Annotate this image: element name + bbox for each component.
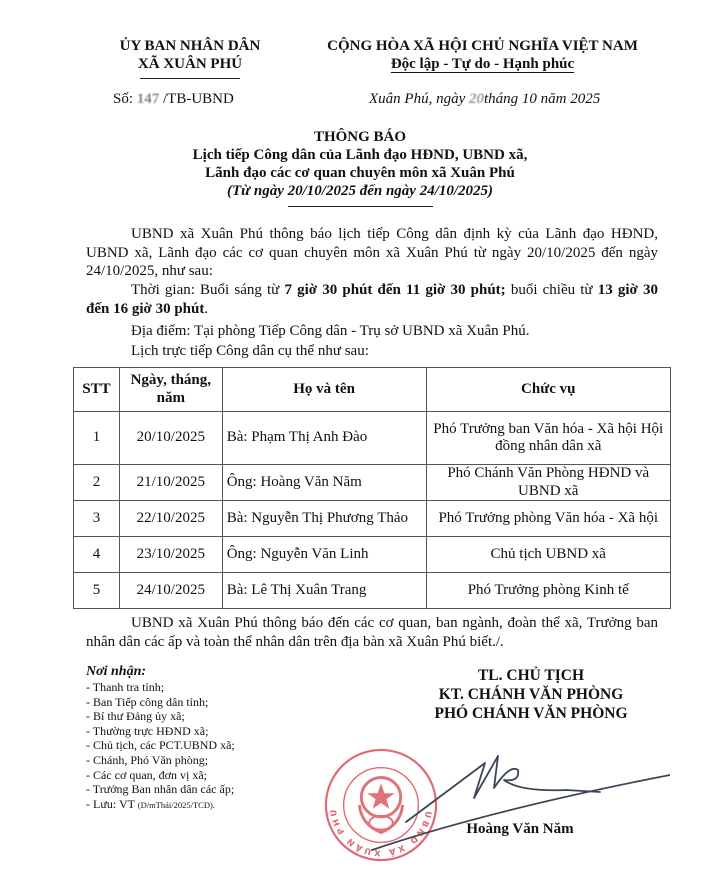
time-paragraph: Thời gian: Buổi sáng từ 7 giờ 30 phút đế… xyxy=(86,281,658,318)
intro-paragraph: UBND xã Xuân Phú thông báo lịch tiếp Côn… xyxy=(86,225,658,281)
sign-line-2: KT. CHÁNH VĂN PHÒNG xyxy=(400,685,662,704)
doc-type: THÔNG BÁO xyxy=(90,128,630,146)
cell-date: 22/10/2025 xyxy=(119,501,222,537)
recipient-item: - Chánh, Phó Văn phòng; xyxy=(86,753,306,768)
number-suffix: /TB-UBND xyxy=(159,91,234,107)
title-line-2: Lãnh đạo các cơ quan chuyên môn xã Xuân … xyxy=(90,164,630,182)
place-paragraph: Địa điểm: Tại phòng Tiếp Công dân - Trụ … xyxy=(131,322,661,341)
handwritten-signature-icon xyxy=(370,730,670,860)
date-day: 20 xyxy=(469,91,484,107)
cell-position: Phó Chánh Văn Phòng HĐND và UBND xã xyxy=(426,465,671,501)
document-number: Số: 147 /TB-UBND xyxy=(113,91,234,108)
table-row: 4 23/10/2025 Ông: Nguyễn Văn Linh Chủ tị… xyxy=(74,537,671,573)
cell-date: 24/10/2025 xyxy=(119,573,222,609)
cell-stt: 2 xyxy=(74,465,120,501)
time-end: . xyxy=(204,301,208,317)
title-line-1: Lịch tiếp Công dân của Lãnh đạo HĐND, UB… xyxy=(90,146,630,164)
table-row: 3 22/10/2025 Bà: Nguyễn Thị Phương Thảo … xyxy=(74,501,671,537)
signature-title-block: TL. CHỦ TỊCH KT. CHÁNH VĂN PHÒNG PHÓ CHÁ… xyxy=(400,666,662,723)
recipient-item: - Trưởng Ban nhân dân các ấp; xyxy=(86,782,306,797)
cell-name: Bà: Phạm Thị Anh Đào xyxy=(222,412,426,465)
cell-date: 20/10/2025 xyxy=(119,412,222,465)
sign-line-3: PHÓ CHÁNH VĂN PHÒNG xyxy=(400,704,662,723)
date-prefix: Xuân Phú, ngày xyxy=(369,91,469,107)
archive-code: (D/mThái/2025/TCD). xyxy=(138,800,215,810)
cell-date: 21/10/2025 xyxy=(119,465,222,501)
national-header: CỘNG HÒA XÃ HỘI CHỦ NGHĨA VIỆT NAM Độc l… xyxy=(300,37,665,73)
cell-name: Ông: Hoàng Văn Năm xyxy=(222,465,426,501)
recipient-item: - Ban Tiếp công dân tỉnh; xyxy=(86,695,306,710)
header-date: Ngày, tháng, năm xyxy=(119,368,222,412)
agency-underline xyxy=(140,78,240,79)
nation-title: CỘNG HÒA XÃ HỘI CHỦ NGHĨA VIỆT NAM xyxy=(300,37,665,55)
recipient-item: - Các cơ quan, đơn vị xã; xyxy=(86,768,306,783)
cell-name: Bà: Lê Thị Xuân Trang xyxy=(222,573,426,609)
header-position: Chức vụ xyxy=(426,368,671,412)
title-underline xyxy=(288,206,433,207)
recipients-heading: Nơi nhận: xyxy=(86,664,306,680)
number-value: 147 xyxy=(137,91,160,107)
time-morning: 7 giờ 30 phút đến 11 giờ 30 phút; xyxy=(284,282,505,298)
schedule-table: STT Ngày, tháng, năm Họ và tên Chức vụ 1… xyxy=(73,367,671,609)
archive-label: - Lưu: VT xyxy=(86,797,138,811)
agency-line-2: XÃ XUÂN PHÚ xyxy=(95,55,285,73)
cell-date: 23/10/2025 xyxy=(119,537,222,573)
agency-line-1: ỦY BAN NHÂN DÂN xyxy=(95,37,285,55)
cell-stt: 3 xyxy=(74,501,120,537)
number-prefix: Số: xyxy=(113,91,137,107)
cell-stt: 4 xyxy=(74,537,120,573)
recipient-item: - Chủ tịch, các PCT.UBND xã; xyxy=(86,738,306,753)
sign-line-1: TL. CHỦ TỊCH xyxy=(400,666,662,685)
nation-motto: Độc lập - Tự do - Hạnh phúc xyxy=(391,56,574,72)
recipient-item: - Bí thư Đảng ủy xã; xyxy=(86,709,306,724)
recipient-archive: - Lưu: VT (D/mThái/2025/TCD). xyxy=(86,797,306,813)
header-stt: STT xyxy=(74,368,120,412)
title-period: (Từ ngày 20/10/2025 đến ngày 24/10/2025) xyxy=(90,182,630,200)
time-label: Thời gian: Buổi sáng từ xyxy=(131,282,284,298)
document-date: Xuân Phú, ngày 20tháng 10 năm 2025 xyxy=(369,91,600,108)
recipients-list: Nơi nhận: - Thanh tra tỉnh; - Ban Tiếp c… xyxy=(86,664,306,812)
cell-stt: 5 xyxy=(74,573,120,609)
table-header-row: STT Ngày, tháng, năm Họ và tên Chức vụ xyxy=(74,368,671,412)
header-name: Họ và tên xyxy=(222,368,426,412)
signer-name: Hoàng Văn Năm xyxy=(430,821,610,838)
table-row: 2 21/10/2025 Ông: Hoàng Văn Năm Phó Chán… xyxy=(74,465,671,501)
cell-name: Bà: Nguyễn Thị Phương Thảo xyxy=(222,501,426,537)
cell-position: Phó Trưởng phòng Kinh tế xyxy=(426,573,671,609)
table-row: 5 24/10/2025 Bà: Lê Thị Xuân Trang Phó T… xyxy=(74,573,671,609)
cell-name: Ông: Nguyễn Văn Linh xyxy=(222,537,426,573)
issuing-agency: ỦY BAN NHÂN DÂN XÃ XUÂN PHÚ xyxy=(95,37,285,79)
schedule-intro: Lịch trực tiếp Công dân cụ thể như sau: xyxy=(131,342,661,361)
cell-position: Chủ tịch UBND xã xyxy=(426,537,671,573)
date-suffix: tháng 10 năm 2025 xyxy=(484,91,600,107)
time-mid: buổi chiều từ xyxy=(506,282,598,298)
document-title: THÔNG BÁO Lịch tiếp Công dân của Lãnh đạ… xyxy=(90,128,630,207)
cell-position: Phó Trưởng phòng Văn hóa - Xã hội xyxy=(426,501,671,537)
closing-paragraph: UBND xã Xuân Phú thông báo đến các cơ qu… xyxy=(86,614,658,651)
cell-position: Phó Trưởng ban Văn hóa - Xã hội Hội đồng… xyxy=(426,412,671,465)
recipient-item: - Thanh tra tỉnh; xyxy=(86,680,306,695)
table-row: 1 20/10/2025 Bà: Phạm Thị Anh Đào Phó Tr… xyxy=(74,412,671,465)
cell-stt: 1 xyxy=(74,412,120,465)
recipient-item: - Thường trực HĐND xã; xyxy=(86,724,306,739)
